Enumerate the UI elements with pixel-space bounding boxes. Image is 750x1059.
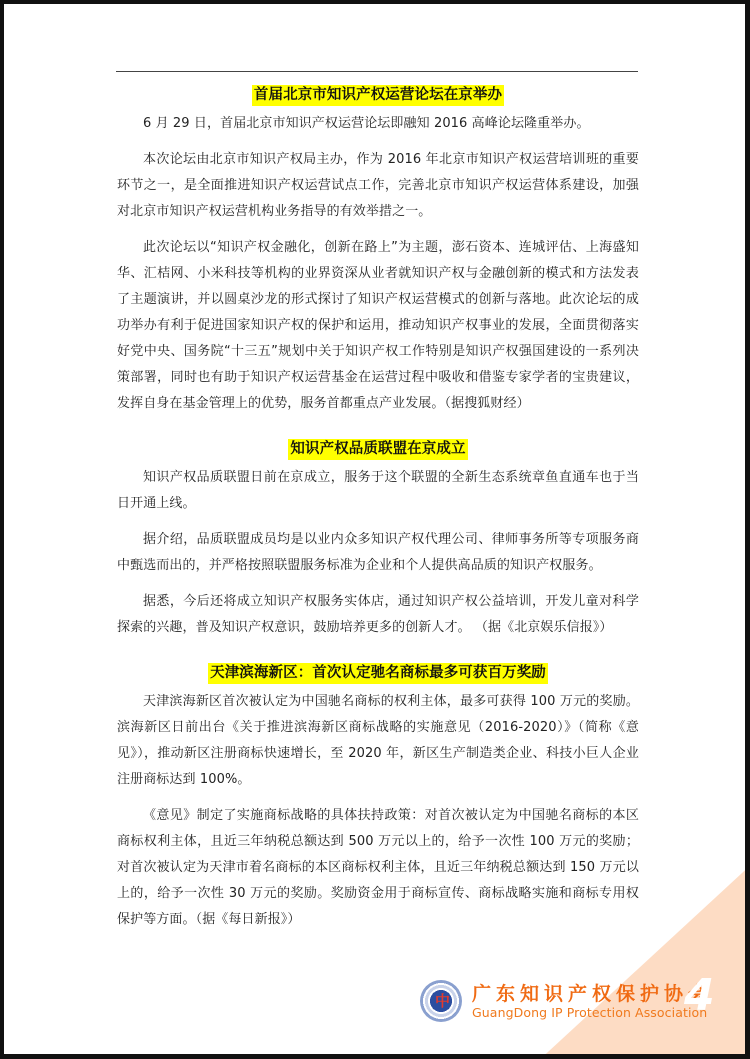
- footer-brand: 中 广东知识产权保护协会 GuangDong IP Protection Ass…: [420, 980, 712, 1022]
- page-number: 4: [684, 972, 715, 1020]
- article-column: 首届北京市知识产权运营论坛在京举办 6 月 29 日，首届北京市知识产权运营论坛…: [117, 79, 639, 953]
- article-paragraph: 《意见》制定了实施商标战略的具体扶持政策：对首次被认定为中国驰名商标的本区商标权…: [117, 803, 639, 933]
- association-seal-icon: 中: [420, 980, 462, 1022]
- org-name-cn: 广东知识产权保护协会: [472, 983, 712, 1005]
- seal-emblem-icon: 中: [435, 992, 447, 1010]
- article-paragraph: 知识产权品质联盟日前在京成立，服务于这个联盟的全新生态系统章鱼直通车也于当日开通…: [117, 465, 639, 517]
- article-paragraph: 天津滨海新区首次被认定为中国驰名商标的权利主体，最多可获得 100 万元的奖励。…: [117, 689, 639, 793]
- article-3: 天津滨海新区：首次认定驰名商标最多可获百万奖励 天津滨海新区首次被认定为中国驰名…: [117, 661, 639, 933]
- article-paragraph: 本次论坛由北京市知识产权局主办，作为 2016 年北京市知识产权运营培训班的重要…: [117, 147, 639, 225]
- article-headline: 知识产权品质联盟在京成立: [288, 439, 467, 460]
- article-paragraph: 据悉，今后还将成立知识产权服务实体店，通过知识产权公益培训，开发儿童对科学探索的…: [117, 589, 639, 641]
- article-2: 知识产权品质联盟在京成立 知识产权品质联盟日前在京成立，服务于这个联盟的全新生态…: [117, 437, 639, 641]
- article-1: 首届北京市知识产权运营论坛在京举办 6 月 29 日，首届北京市知识产权运营论坛…: [117, 83, 639, 417]
- document-page: 首届北京市知识产权运营论坛在京举办 6 月 29 日，首届北京市知识产权运营论坛…: [0, 0, 750, 1059]
- article-paragraph: 据介绍，品质联盟成员均是以业内众多知识产权代理公司、律师事务所等专项服务商中甄选…: [117, 527, 639, 579]
- article-paragraph: 此次论坛以“知识产权金融化，创新在路上”为主题，澎石资本、连城评估、上海盛知华、…: [117, 235, 639, 417]
- article-paragraph: 6 月 29 日，首届北京市知识产权运营论坛即融知 2016 高峰论坛隆重举办。: [117, 111, 639, 137]
- article-headline: 天津滨海新区：首次认定驰名商标最多可获百万奖励: [208, 663, 548, 684]
- article-headline: 首届北京市知识产权运营论坛在京举办: [252, 85, 504, 106]
- header-rule: [116, 71, 638, 72]
- org-name-en: GuangDong IP Protection Association: [472, 1005, 712, 1020]
